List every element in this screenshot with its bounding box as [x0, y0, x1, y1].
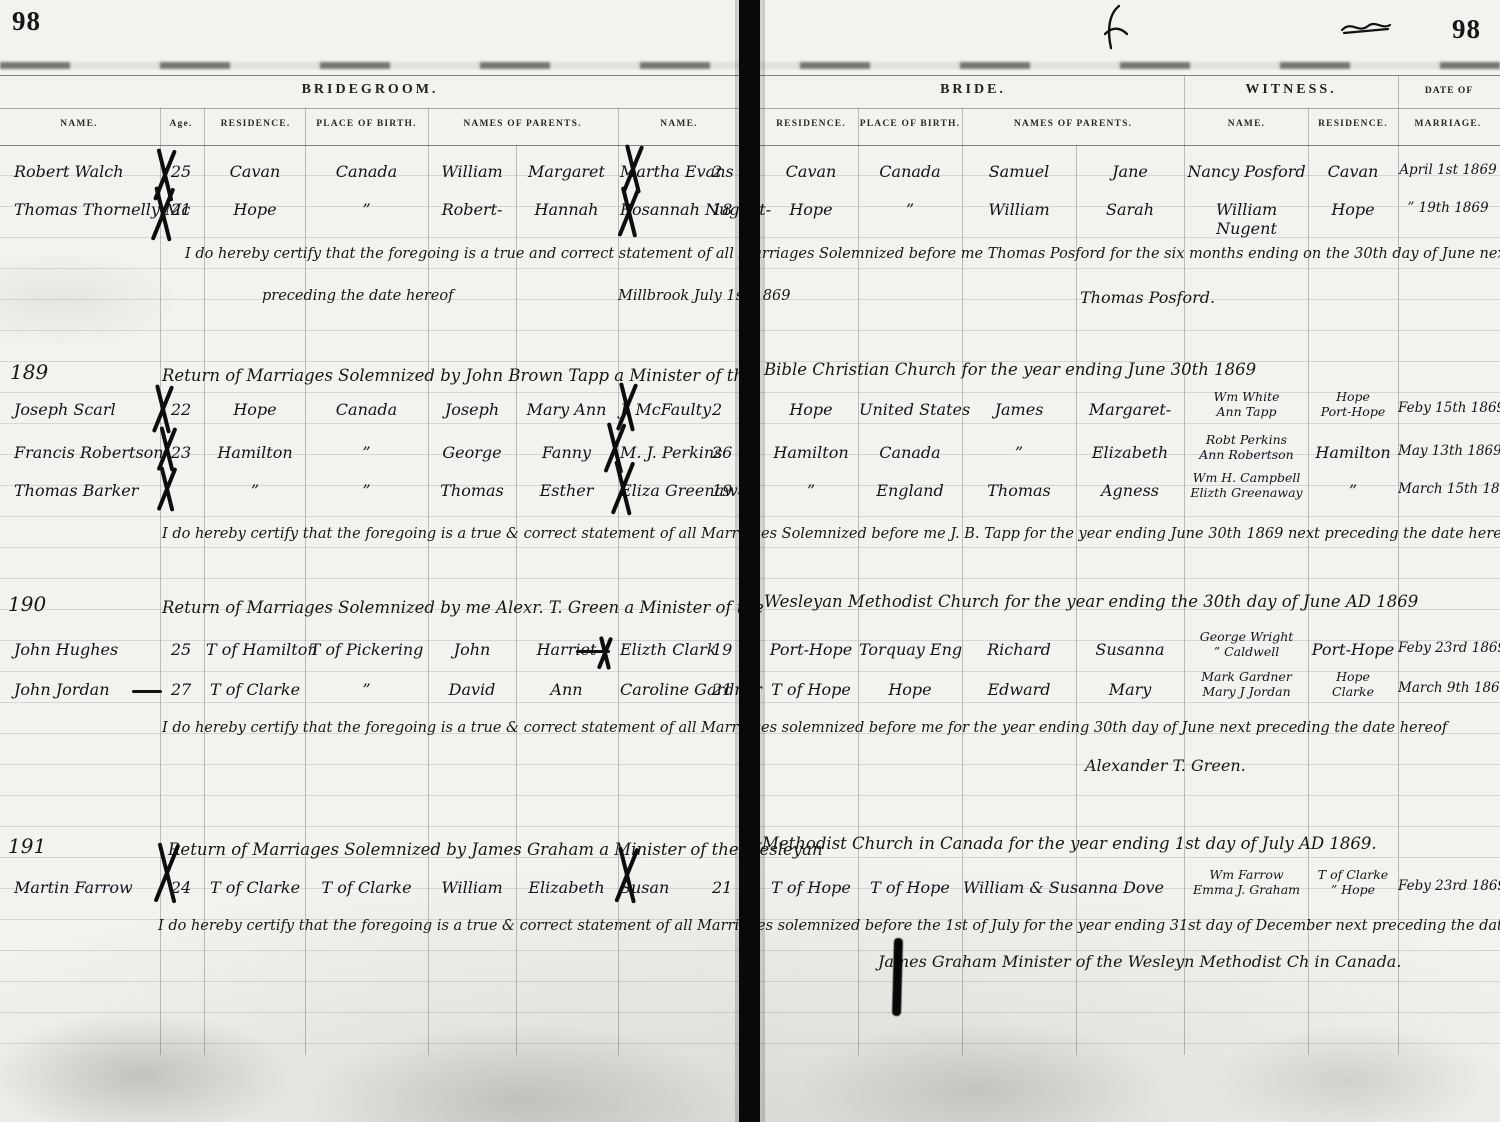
bride-birthplace: Hope: [859, 680, 961, 699]
section-heading: Return of Marriages Solemnized by John B…: [162, 366, 754, 385]
col-header-bride-birth: PLACE OF BIRTH.: [859, 119, 961, 129]
groom-age: 27: [158, 680, 204, 699]
minister-signature: Thomas Posford.: [1080, 288, 1215, 307]
groom-residence: Hope: [206, 200, 304, 219]
groom-name: Joseph Scarl: [14, 400, 159, 419]
witness-residence: Port-Hope: [1309, 640, 1397, 659]
tally-x-mark: [148, 186, 174, 242]
groom-father: William: [429, 162, 515, 181]
groom-residence: Cavan: [206, 162, 304, 181]
bride-birthplace: ”: [859, 200, 961, 219]
book-gutter: [739, 0, 760, 1122]
section-heading: Return of Marriages Solemnized by me Ale…: [162, 598, 764, 617]
groom-birthplace: Canada: [307, 400, 426, 419]
bride-residence: Hope: [765, 400, 857, 419]
groom-birthplace: ”: [307, 481, 426, 500]
bridegroom-title: BRIDEGROOM.: [0, 82, 740, 98]
section-heading: Bible Christian Church for the year endi…: [764, 360, 1256, 379]
bride-residence: Hamilton: [765, 443, 857, 462]
witness-residence: Hamilton: [1309, 443, 1397, 462]
minister-signature: Alexander T. Green.: [1085, 756, 1246, 775]
col-header-bride-residence: RESIDENCE.: [765, 119, 857, 129]
groom-father: John: [429, 640, 515, 659]
witness-residence: Cavan: [1309, 162, 1397, 181]
section-number: 190: [8, 592, 46, 616]
groom-residence: ”: [206, 481, 304, 500]
bride-residence: T of Hope: [765, 680, 857, 699]
bride-name: Eliza Greenaway: [620, 481, 716, 500]
marriage-date: ” 19th 1869: [1398, 200, 1498, 216]
section-heading: Wesleyan Methodist Church for the year e…: [764, 592, 1418, 611]
col-header-bride-parents: NAMES OF PARENTS.: [963, 119, 1183, 129]
minister-signature: James Graham Minister of the Wesleyn Met…: [878, 952, 1401, 971]
bride-name: Caroline Gardner: [620, 680, 716, 699]
bride-birthplace: T of Hope: [859, 878, 961, 897]
marriage-date: March 9th 1869: [1398, 680, 1498, 696]
groom-birthplace: Canada: [307, 162, 426, 181]
marriage-date: Feby 15th 1869: [1398, 400, 1498, 416]
col-header-marriage-date: MARRIAGE.: [1398, 119, 1498, 129]
bride-father: Thomas: [963, 481, 1075, 500]
witness-title: WITNESS.: [1184, 82, 1398, 98]
bride-residence: T of Hope: [765, 878, 857, 897]
bride-mother: Jane: [1077, 162, 1183, 181]
witness-name: George Wright ” Caldwell: [1186, 629, 1307, 659]
certification-text: I do hereby certify that the foregoing i…: [162, 720, 1447, 736]
marriage-date: Feby 23rd 1869: [1398, 640, 1498, 656]
witness-residence: ”: [1309, 481, 1397, 500]
groom-name: Robert Walch: [14, 162, 159, 181]
bride-mother: Agness: [1077, 481, 1183, 500]
groom-mother: Elizabeth: [517, 878, 616, 897]
certification-text: I do hereby certify that the foregoing i…: [185, 246, 1500, 262]
groom-father: David: [429, 680, 515, 699]
groom-father: Joseph: [429, 400, 515, 419]
tally-x-mark: [612, 846, 638, 904]
groom-residence: T of Clarke: [206, 680, 304, 699]
groom-mother: Ann: [517, 680, 616, 699]
ink-scribble-icon: [1338, 16, 1394, 38]
groom-mother: Esther: [517, 481, 616, 500]
tally-x-mark: [590, 636, 616, 670]
page-number-left: 98: [12, 6, 41, 37]
col-header-witness-name: NAME.: [1186, 119, 1307, 129]
witness-name: William Nugent: [1186, 200, 1307, 238]
groom-name: Francis Robertson: [14, 443, 159, 462]
groom-name: John Hughes: [14, 640, 159, 659]
groom-mother: Mary Ann: [517, 400, 616, 419]
bride-birthplace: United States: [859, 400, 961, 419]
marriage-date: April 1st 1869: [1398, 162, 1498, 178]
section-number: 191: [8, 834, 46, 858]
tally-x-mark: [608, 460, 634, 516]
witness-residence: Hope Clarke: [1309, 669, 1397, 699]
bride-father: Samuel: [963, 162, 1075, 181]
bride-name: M. J. Perkins: [620, 443, 716, 462]
marriage-date: Feby 23rd 1869: [1398, 878, 1498, 894]
bride-residence: ”: [765, 481, 857, 500]
tally-x-mark: [152, 842, 178, 904]
groom-birthplace: ”: [307, 680, 426, 699]
groom-mother: Hannah: [517, 200, 616, 219]
bride-birthplace: England: [859, 481, 961, 500]
bride-birthplace: Canada: [859, 162, 961, 181]
bride-father: Richard: [963, 640, 1075, 659]
col-header-groom-birth: PLACE OF BIRTH.: [307, 119, 426, 129]
scanned-marriage-register: { "page": { "left_number": "98", "right_…: [0, 0, 1500, 1122]
tally-dash-mark: [132, 690, 162, 693]
groom-birthplace: T of Clarke: [307, 878, 426, 897]
groom-name: Thomas Thornelly Mc: [14, 200, 159, 219]
marriage-date: March 15th 1869: [1398, 481, 1498, 497]
ink-flourish-icon: [1095, 4, 1135, 52]
bride-father: James: [963, 400, 1075, 419]
bride-father: William & Susanna Dove: [963, 878, 1075, 897]
marriage-date: May 13th 1869: [1398, 443, 1498, 459]
col-header-groom-parents: NAMES OF PARENTS.: [429, 119, 616, 129]
certification-text: preceding the date hereof: [262, 288, 453, 304]
bride-father: Edward: [963, 680, 1075, 699]
groom-name: Thomas Barker: [14, 481, 159, 500]
tally-x-mark: [614, 186, 640, 238]
section-heading: Return of Marriages Solemnized by James …: [168, 840, 823, 859]
witness-residence: Hope Port-Hope: [1309, 389, 1397, 419]
bride-mother: Susanna: [1077, 640, 1183, 659]
bride-title: BRIDE.: [762, 82, 1184, 98]
groom-birthplace: ”: [307, 443, 426, 462]
certification-text: I do hereby certify that the foregoing i…: [158, 918, 1500, 934]
col-header-groom-age: Age.: [158, 119, 204, 129]
witness-residence: T of Clarke ” Hope: [1309, 867, 1397, 897]
bride-residence: Hope: [765, 200, 857, 219]
groom-residence: T of Hamilton: [206, 640, 304, 659]
groom-father: George: [429, 443, 515, 462]
bride-birthplace: Torquay Eng: [859, 640, 961, 659]
col-header-bride-name: NAME.: [620, 119, 738, 129]
col-header-witness-residence: RESIDENCE.: [1309, 119, 1397, 129]
groom-residence: Hope: [206, 400, 304, 419]
bride-residence: Cavan: [765, 162, 857, 181]
groom-age: 25: [158, 640, 204, 659]
witness-residence: Hope: [1309, 200, 1397, 219]
witness-name: Wm H. Campbell Elizth Greenaway: [1186, 470, 1307, 500]
section-heading: Methodist Church in Canada for the year …: [762, 834, 1377, 853]
groom-birthplace: ”: [307, 200, 426, 219]
tally-dash-mark: [576, 650, 610, 653]
groom-residence: Hamilton: [206, 443, 304, 462]
certification-text: I do hereby certify that the foregoing i…: [162, 526, 1500, 542]
bride-name: Elizth Clark: [620, 640, 716, 659]
bride-birthplace: Canada: [859, 443, 961, 462]
groom-name: Martin Farrow: [14, 878, 159, 897]
bride-mother: Mary: [1077, 680, 1183, 699]
page-number-right: 98: [1452, 14, 1481, 45]
tally-x-mark: [152, 466, 178, 512]
groom-father: William: [429, 878, 515, 897]
col-header-groom-residence: RESIDENCE.: [206, 119, 305, 129]
witness-name: Nancy Posford: [1186, 162, 1307, 181]
witness-name: Wm Farrow Emma J. Graham: [1186, 867, 1307, 897]
groom-birthplace: T of Pickering: [307, 640, 426, 659]
bride-mother: Elizabeth: [1077, 443, 1183, 462]
witness-name: Robt Perkins Ann Robertson: [1186, 432, 1307, 462]
bride-father: ”: [963, 443, 1075, 462]
groom-father: Thomas: [429, 481, 515, 500]
bride-father: William: [963, 200, 1075, 219]
groom-father: Robert-: [429, 200, 515, 219]
column-rule: [160, 108, 161, 1055]
section-number: 189: [10, 360, 48, 384]
ink-crease-mark: [892, 938, 903, 1016]
date-title: DATE OF: [1398, 86, 1500, 96]
bride-mother: Sarah: [1077, 200, 1183, 219]
col-header-groom-name: NAME.: [0, 119, 158, 129]
groom-residence: T of Clarke: [206, 878, 304, 897]
witness-name: Wm White Ann Tapp: [1186, 389, 1307, 419]
groom-mother: Margaret: [517, 162, 616, 181]
bride-mother: Margaret-: [1077, 400, 1183, 419]
bride-residence: Port-Hope: [765, 640, 857, 659]
witness-name: Mark Gardner Mary J Jordan: [1186, 669, 1307, 699]
